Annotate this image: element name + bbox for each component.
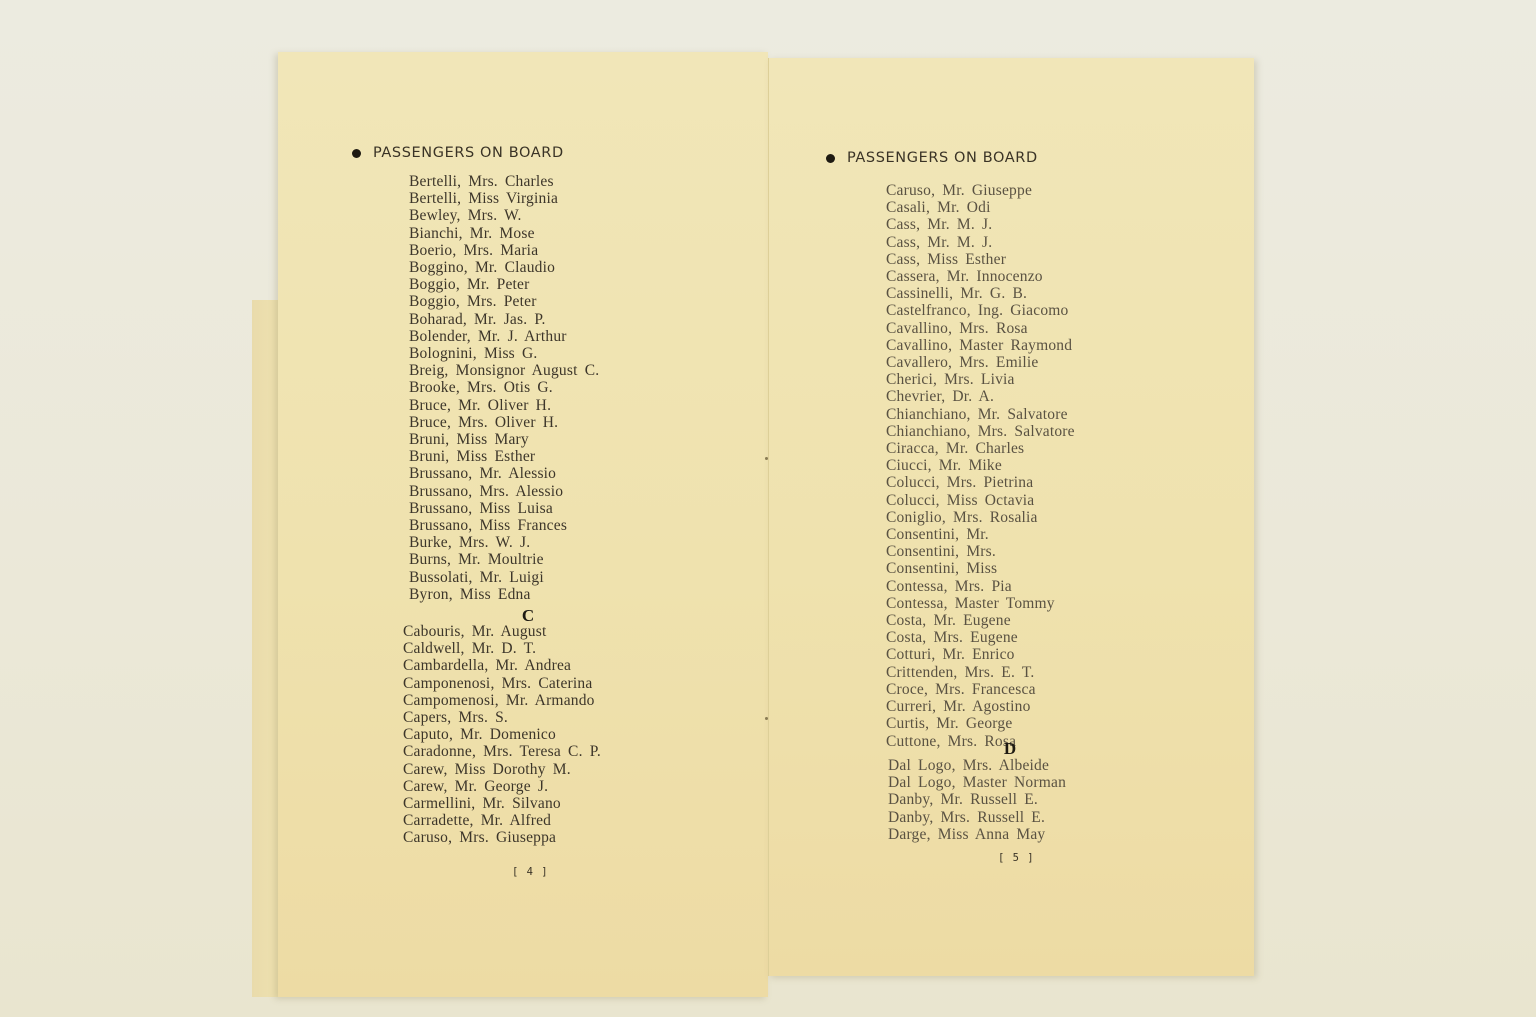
passenger-entry: Chevrier, Dr. A. [886,388,1075,405]
passenger-entry: Burke, Mrs. W. J. [409,534,599,551]
page-number: [ 4 ] [512,866,549,878]
passenger-entry: Curreri, Mr. Agostino [886,698,1075,715]
passenger-entry: Bolender, Mr. J. Arthur [409,328,599,345]
passenger-entry: Casali, Mr. Odi [886,199,1075,216]
passenger-entry: Capers, Mrs. S. [403,709,601,726]
passenger-entry: Danby, Mr. Russell E. [888,791,1066,808]
passenger-entry: Coniglio, Mrs. Rosalia [886,509,1075,526]
passenger-entry: Bruni, Miss Esther [409,448,599,465]
bullet-icon [352,149,361,158]
passenger-entry: Boggio, Mr. Peter [409,276,599,293]
passenger-entry: Bruni, Miss Mary [409,431,599,448]
passenger-entry: Carradette, Mr. Alfred [403,812,601,829]
passenger-entry: Cherici, Mrs. Livia [886,371,1075,388]
passenger-entry: Dal Logo, Mrs. Albeide [888,757,1066,774]
heading-text: PASSENGERS ON BOARD [847,150,1038,166]
passenger-entry: Cassinelli, Mr. G. B. [886,285,1075,302]
passenger-entry: Bewley, Mrs. W. [409,207,599,224]
passenger-list-b: Bertelli, Mrs. CharlesBertelli, Miss Vir… [409,173,599,603]
passenger-entry: Boggino, Mr. Claudio [409,259,599,276]
passenger-entry: Caruso, Mr. Giuseppe [886,182,1075,199]
passenger-list-c: Cabouris, Mr. AugustCaldwell, Mr. D. T.C… [403,623,601,847]
passenger-entry: Cambardella, Mr. Andrea [403,657,601,674]
passenger-entry: Chianchiano, Mrs. Salvatore [886,423,1075,440]
page-number: [ 5 ] [998,852,1035,864]
passenger-entry: Cavallino, Master Raymond [886,337,1075,354]
passenger-entry: Cavallero, Mrs. Emilie [886,354,1075,371]
passenger-entry: Brussano, Mr. Alessio [409,465,599,482]
right-page-heading: PASSENGERS ON BOARD [826,150,1038,166]
passenger-entry: Cassera, Mr. Innocenzo [886,268,1075,285]
passenger-entry: Ciracca, Mr. Charles [886,440,1075,457]
bullet-icon [826,154,835,163]
passenger-entry: Byron, Miss Edna [409,586,599,603]
passenger-entry: Campomenosi, Mr. Armando [403,692,601,709]
passenger-entry: Bruce, Mrs. Oliver H. [409,414,599,431]
passenger-entry: Carew, Miss Dorothy M. [403,761,601,778]
passenger-entry: Bertelli, Miss Virginia [409,190,599,207]
passenger-entry: Consentini, Mr. [886,526,1075,543]
passenger-entry: Chianchiano, Mr. Salvatore [886,406,1075,423]
passenger-entry: Costa, Mr. Eugene [886,612,1075,629]
heading-text: PASSENGERS ON BOARD [373,145,564,161]
passenger-entry: Cass, Miss Esther [886,251,1075,268]
passenger-entry: Darge, Miss Anna May [888,826,1066,843]
passenger-entry: Castelfranco, Ing. Giacomo [886,302,1075,319]
passenger-entry: Colucci, Miss Octavia [886,492,1075,509]
passenger-entry: Breig, Monsignor August C. [409,362,599,379]
passenger-entry: Cass, Mr. M. J. [886,234,1075,251]
passenger-entry: Ciucci, Mr. Mike [886,457,1075,474]
passenger-entry: Carew, Mr. George J. [403,778,601,795]
passenger-entry: Cotturi, Mr. Enrico [886,646,1075,663]
passenger-entry: Caruso, Mrs. Giuseppa [403,829,601,846]
passenger-entry: Burns, Mr. Moultrie [409,551,599,568]
passenger-entry: Bruce, Mr. Oliver H. [409,397,599,414]
passenger-entry: Brussano, Miss Frances [409,517,599,534]
passenger-entry: Boggio, Mrs. Peter [409,293,599,310]
passenger-entry: Bianchi, Mr. Mose [409,225,599,242]
passenger-entry: Contessa, Mrs. Pia [886,578,1075,595]
passenger-entry: Crittenden, Mrs. E. T. [886,664,1075,681]
passenger-entry: Boerio, Mrs. Maria [409,242,599,259]
passenger-entry: Brooke, Mrs. Otis G. [409,379,599,396]
passenger-entry: Curtis, Mr. George [886,715,1075,732]
passenger-entry: Carmellini, Mr. Silvano [403,795,601,812]
passenger-entry: Caputo, Mr. Domenico [403,726,601,743]
passenger-entry: Bussolati, Mr. Luigi [409,569,599,586]
passenger-entry: Cuttone, Mrs. Rosa [886,733,1075,750]
passenger-entry: Camponenosi, Mrs. Caterina [403,675,601,692]
left-page: PASSENGERS ON BOARD Bertelli, Mrs. Charl… [278,52,768,997]
right-page: PASSENGERS ON BOARD Caruso, Mr. Giuseppe… [768,58,1254,976]
passenger-entry: Dal Logo, Master Norman [888,774,1066,791]
passenger-entry: Costa, Mrs. Eugene [886,629,1075,646]
passenger-list-d: Dal Logo, Mrs. AlbeideDal Logo, Master N… [888,757,1066,843]
passenger-entry: Bolognini, Miss G. [409,345,599,362]
passenger-entry: Danby, Mrs. Russell E. [888,809,1066,826]
passenger-entry: Cass, Mr. M. J. [886,216,1075,233]
passenger-entry: Bertelli, Mrs. Charles [409,173,599,190]
passenger-entry: Cavallino, Mrs. Rosa [886,320,1075,337]
passenger-entry: Cabouris, Mr. August [403,623,601,640]
passenger-entry: Caldwell, Mr. D. T. [403,640,601,657]
passenger-entry: Brussano, Mrs. Alessio [409,483,599,500]
left-page-heading: PASSENGERS ON BOARD [352,145,564,161]
passenger-entry: Colucci, Mrs. Pietrina [886,474,1075,491]
passenger-entry: Croce, Mrs. Francesca [886,681,1075,698]
passenger-entry: Consentini, Miss [886,560,1075,577]
passenger-entry: Caradonne, Mrs. Teresa C. P. [403,743,601,760]
passenger-entry: Boharad, Mr. Jas. P. [409,311,599,328]
passenger-entry: Consentini, Mrs. [886,543,1075,560]
passenger-list-c: Caruso, Mr. GiuseppeCasali, Mr. OdiCass,… [886,182,1075,750]
section-letter-d: D [990,738,1030,759]
passenger-entry: Contessa, Master Tommy [886,595,1075,612]
passenger-entry: Brussano, Miss Luisa [409,500,599,517]
